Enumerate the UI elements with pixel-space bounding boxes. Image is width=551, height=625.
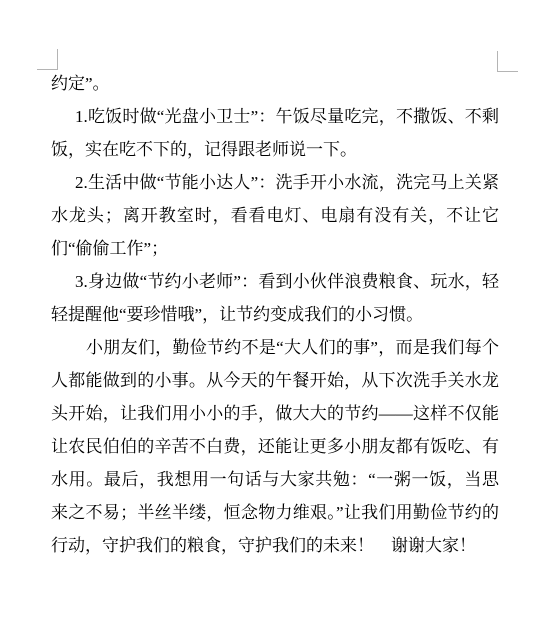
- paragraph-numbered-item-3[interactable]: 3.身边做“节约小老师”：看到小伙伴浪费粮食、玩水，轻轻提醒他“要珍惜哦”，让节…: [51, 265, 499, 331]
- margin-corner-mark-top-right: [497, 51, 518, 72]
- paragraph-continuation[interactable]: 约定”。: [51, 67, 499, 100]
- paragraph-numbered-item-1[interactable]: 1.吃饭时做“光盘小卫士”：午饭尽量吃完，不撒饭、不剩饭，实在吃不下的，记得跟老…: [51, 100, 499, 166]
- paragraph-numbered-item-2[interactable]: 2.生活中做“节能小达人”：洗手开小水流，洗完马上关紧水龙头；离开教室时，看看电…: [51, 166, 499, 265]
- document-text-area[interactable]: 约定”。 1.吃饭时做“光盘小卫士”：午饭尽量吃完，不撒饭、不剩饭，实在吃不下的…: [51, 67, 499, 562]
- document-page: 约定”。 1.吃饭时做“光盘小卫士”：午饭尽量吃完，不撒饭、不剩饭，实在吃不下的…: [0, 0, 551, 625]
- paragraph-closing[interactable]: 小朋友们，勤俭节约不是“大人们的事”，而是我们每个人都能做到的小事。从今天的午餐…: [51, 331, 499, 562]
